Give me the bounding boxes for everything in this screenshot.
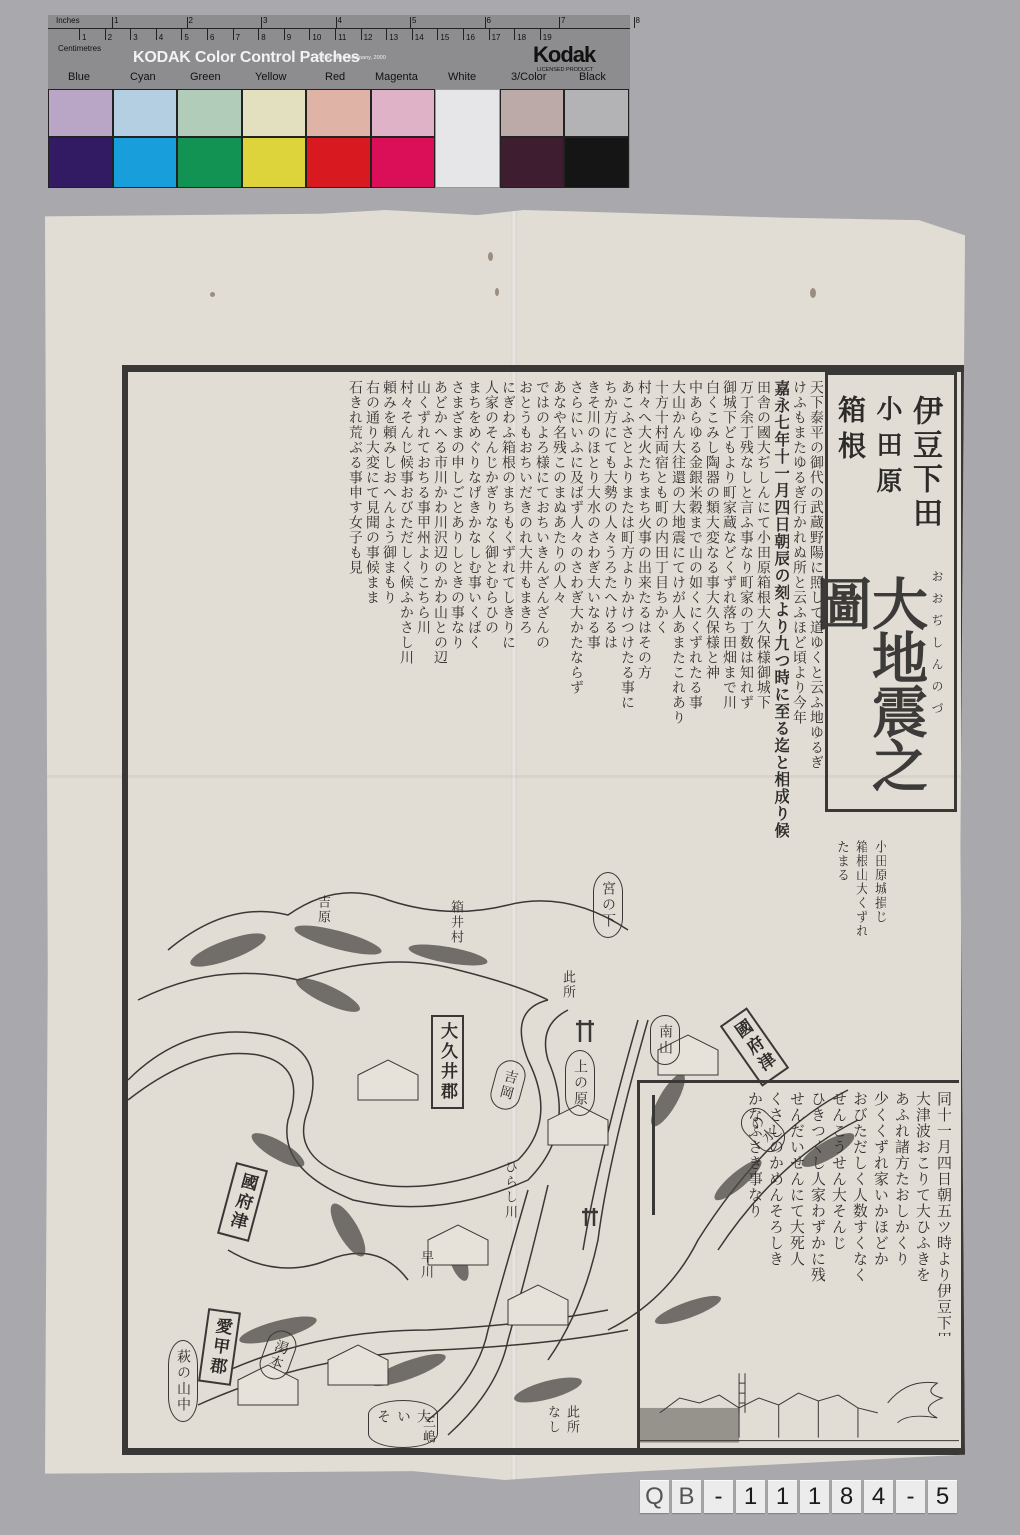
cm-tick [79, 28, 80, 40]
side-note-line: 小田原城損じ [873, 840, 886, 970]
cm-number: 8 [261, 33, 265, 42]
cm-number: 6 [210, 33, 214, 42]
cm-number: 14 [415, 33, 424, 42]
cm-tick [540, 28, 541, 40]
inch-number: 3 [263, 16, 267, 25]
cm-tick [489, 28, 490, 40]
frame-border-right [961, 365, 967, 1455]
color-patch-dark [500, 137, 565, 188]
cm-tick [463, 28, 464, 40]
cm-tick [514, 28, 515, 40]
cm-number: 13 [389, 33, 398, 42]
cm-tick [233, 28, 234, 40]
map-label-hayakawa: 早川 [416, 1250, 435, 1280]
cm-tick [412, 28, 413, 40]
notice-column: 大津波おこりて大ひふきを [915, 1091, 930, 1336]
color-patch-light [306, 89, 371, 137]
text-column: ではのよろ様にておちいきんざんざんの [535, 380, 549, 860]
cm-number: 10 [312, 33, 321, 42]
text-column: 山くずれておちる事甲州よりこちら川 [416, 380, 430, 800]
color-name-green: Green [190, 71, 221, 83]
catalog-char: 1 [736, 1480, 765, 1513]
notice-column: 少くくずれ家いかほどか [873, 1091, 888, 1336]
text-column: 頼みを頼みしおへんよう御まもり [382, 380, 396, 800]
text-column: きそ川のほとり大水のさわぎ大いなる事 [586, 380, 600, 860]
inch-number: 2 [189, 16, 193, 25]
text-column: 田舎の國大ぢしんにて小田原箱根大久保様御城下 [756, 380, 770, 860]
cm-number: 1 [82, 33, 86, 42]
color-patch-light [371, 89, 436, 137]
map-label-district: 大久井郡 [431, 1015, 464, 1109]
inch-number: 4 [338, 16, 342, 25]
cm-number: 2 [108, 33, 112, 42]
map-label-minamiyama: 南山 [650, 1015, 680, 1065]
cm-tick [156, 28, 157, 40]
text-column: 大山かん大往還の大地震にてけが人あまたこれあり [671, 380, 685, 860]
frame-border-bottom [122, 1448, 967, 1455]
main-text-block: 天下泰平の御代の武蔵野陽に照して道ゆくと云ふ地ゆるぎけふもまたゆるぎ行かれぬ所と… [188, 380, 823, 860]
kodak-color-target: Inches Centimetres 123456781234567891011… [48, 15, 630, 188]
text-column: 人家のそんじかぎりなく御とむらひの [484, 380, 498, 860]
color-patch-light [177, 89, 242, 137]
inches-label: Inches [56, 16, 80, 25]
text-column: さらにいふに及ばず人々のさわぎ大かたならず [569, 380, 583, 860]
cm-number: 18 [517, 33, 526, 42]
cm-number: 7 [236, 33, 240, 42]
cm-tick [207, 28, 208, 40]
catalog-char: Q [640, 1480, 669, 1513]
color-name-yellow: Yellow [255, 71, 286, 83]
color-patch-dark [48, 137, 113, 188]
cm-tick [105, 28, 106, 40]
target-copyright: © The Tiffen Company, 2000 [316, 55, 386, 61]
cm-tick [335, 28, 336, 40]
text-column: 右の通り大変にて見聞の事候まま [365, 380, 379, 820]
text-column: あなや名残このまぬあたりの人々 [552, 380, 566, 860]
text-column: おとうもおちいだきのれ大井もまきろ [518, 380, 532, 860]
frame-border-top [122, 365, 967, 372]
map-label-here-none: 此所なし [543, 1405, 581, 1448]
color-name-magenta: Magenta [375, 71, 418, 83]
color-patch-dark [371, 137, 436, 188]
side-note-line: 箱根山大くずれ [854, 840, 867, 970]
notice-text: 同十一月四日朝五ツ時より伊豆下田大津波おこりて大ひふきをあふれ諸方たおしかくり少… [747, 1091, 951, 1291]
text-column: 天下泰平の御代の武蔵野陽に照して道ゆくと云ふ地ゆるぎ [809, 380, 823, 860]
catalog-char: 4 [864, 1480, 893, 1513]
color-patch-dark [177, 137, 242, 188]
text-column: 石きれ荒ぶる事申す女子も見 [348, 380, 362, 820]
kodak-logo: Kodak [533, 42, 595, 68]
text-column: あこふさとよりまたは町方よりかけつけたる事に [620, 380, 634, 860]
catalog-char: 1 [768, 1480, 797, 1513]
cm-number: 11 [338, 33, 346, 42]
catalog-char: 8 [832, 1480, 861, 1513]
map-label-here: 此所 [558, 970, 577, 1000]
inch-number: 6 [487, 16, 491, 25]
notice-column: くさしのかめんそろしき [768, 1091, 783, 1336]
text-column: 嘉永七年十一月四日朝辰の刻より九つ時に至る迄と相成り候 [773, 380, 789, 860]
cm-tick [130, 28, 131, 40]
color-name-black: Black [579, 71, 606, 83]
cm-tick [386, 28, 387, 40]
cm-number: 3 [133, 33, 137, 42]
notice-column: せんだいせんにて大死人 [789, 1091, 804, 1336]
centimetres-label: Centimetres [58, 44, 101, 53]
woodblock-print-sheet: 伊豆下田 小田原 箱根 大地震之圖 おおぢしんのづ 天下泰平の御代の武蔵野陽に照… [45, 210, 965, 1480]
text-column: 白くこみし陶器の類大変なる事大久保様と神 [705, 380, 719, 860]
inch-number: 8 [636, 16, 640, 25]
text-column: にぎわふ箱根のまちもくずれてしきりに [501, 380, 515, 860]
notice-column: おびただしく人数すくなく [852, 1091, 867, 1336]
map-label-yoshiwara: 吉原 [313, 895, 332, 925]
color-patch-light [500, 89, 565, 137]
cm-tick [361, 28, 362, 40]
cm-tick [309, 28, 310, 40]
text-column: けふもまたゆるぎ行かれぬ所と云ふほど頃より今年 [792, 380, 806, 860]
color-patches [48, 89, 630, 188]
title-odawara: 小田原 [869, 395, 906, 503]
text-column: あどかへる市川かわ川沢辺のかわ山との辺 [433, 380, 447, 800]
wormhole [488, 252, 493, 261]
collapsed-town-illustration [640, 1353, 959, 1448]
color-name-cyan: Cyan [130, 71, 156, 83]
cm-number: 9 [287, 33, 291, 42]
map-label-river: ひらし川 [500, 1160, 519, 1220]
cm-number: 4 [159, 33, 163, 42]
catalog-char: 1 [800, 1480, 829, 1513]
color-name-blue: Blue [68, 71, 90, 83]
inch-tick [410, 17, 411, 28]
title-furigana: おおぢしんのづ [929, 570, 946, 724]
map-label-hagi-no-yamanaka: 萩の山中 [168, 1340, 198, 1422]
notice-column: あふれ諸方たおしかくり [894, 1091, 909, 1336]
catalog-char: - [704, 1480, 733, 1513]
cm-tick [181, 28, 182, 40]
cm-number: 15 [440, 33, 449, 42]
text-column: 中あらゆる金銀米穀まで山の如くにくずれたる事 [688, 380, 702, 860]
cm-tick [258, 28, 259, 40]
text-column: 村々へ大火たちまち火事の出来たるはその方 [637, 380, 651, 860]
color-patch-white [435, 89, 500, 188]
color-patch-light [564, 89, 629, 137]
inch-tick [187, 17, 188, 28]
map-label-uenohara: 上の原 [565, 1050, 595, 1116]
inch-tick [634, 17, 635, 28]
cm-number: 16 [466, 33, 475, 42]
inch-number: 5 [412, 16, 416, 25]
cm-tick [437, 28, 438, 40]
color-names-row: Blue Cyan Green Yellow Red Magenta White… [48, 71, 630, 87]
inch-tick [559, 17, 560, 28]
cm-tick [284, 28, 285, 40]
cm-number: 19 [543, 33, 552, 42]
text-column: 十方十村両宿とも町の内田丁目ちかく [654, 380, 668, 860]
title-izu-shimoda: 伊豆下田 [902, 395, 946, 531]
side-annotation: 小田原城損じ 箱根山大くずれ たまる [835, 840, 886, 970]
color-patch-dark [564, 137, 629, 188]
color-name-red: Red [325, 71, 345, 83]
map-label-miyanoshita: 宮の下 [593, 872, 623, 938]
notice-column: 同十一月四日朝五ツ時より伊豆下田 [936, 1091, 951, 1336]
map-label-mishima: 三嶋 [418, 1415, 437, 1445]
notice-column: ひきつくし人家わずかに残 [810, 1091, 825, 1336]
catalog-char: 5 [928, 1480, 957, 1513]
color-patch-light [113, 89, 178, 137]
inch-number: 7 [561, 16, 565, 25]
text-column: まちをめぐりなげきかなしむ事いくばく [467, 380, 481, 860]
catalog-char: - [896, 1480, 925, 1513]
color-patch-dark [306, 137, 371, 188]
wormhole [810, 288, 816, 298]
map-label-village: 箱井村 [446, 900, 465, 945]
color-name-white: White [448, 71, 476, 83]
tsunami-notice-box: 同十一月四日朝五ツ時より伊豆下田大津波おこりて大ひふきをあふれ諸方たおしかくり少… [637, 1080, 959, 1448]
wormhole [495, 288, 499, 296]
text-column: 万丁余丁残なしと言ふ事なり町家の丁数は知れず [739, 380, 753, 860]
color-patch-dark [242, 137, 307, 188]
catalog-char: B [672, 1480, 701, 1513]
text-column: 村々そんじ候事おびただしく候ふかさし川 [399, 380, 413, 800]
cm-number: 17 [492, 33, 501, 42]
inch-tick [112, 17, 113, 28]
notice-divider [652, 1095, 655, 1215]
inch-tick [261, 17, 262, 28]
cm-number: 5 [184, 33, 188, 42]
text-column: ちか方にても大勢の人々うろたへけるは [603, 380, 617, 860]
text-column: さまざまの申しごとありしときの事なり [450, 380, 464, 860]
inch-tick [336, 17, 337, 28]
notice-column: かなふさき事なり [747, 1091, 762, 1271]
title-cartouche: 伊豆下田 小田原 箱根 大地震之圖 おおぢしんのづ [825, 372, 957, 812]
text-column: 御城下どもより町家蔵などくずれ落ち田畑まで川 [722, 380, 736, 860]
color-patch-dark [113, 137, 178, 188]
notice-column: せんこうせん大そんじ [831, 1091, 846, 1336]
title-hakone: 箱根 [830, 395, 870, 467]
catalog-number-label: QB-11184-5 [640, 1480, 957, 1516]
color-patch-light [242, 89, 307, 137]
title-main: 大地震之圖 [812, 575, 924, 809]
wormhole [210, 292, 215, 297]
inch-tick [485, 17, 486, 28]
color-patch-light [48, 89, 113, 137]
inch-number: 1 [114, 16, 118, 25]
side-note-line: たまる [835, 840, 848, 970]
cm-number: 12 [364, 33, 373, 42]
color-name-3color: 3/Color [511, 71, 546, 83]
